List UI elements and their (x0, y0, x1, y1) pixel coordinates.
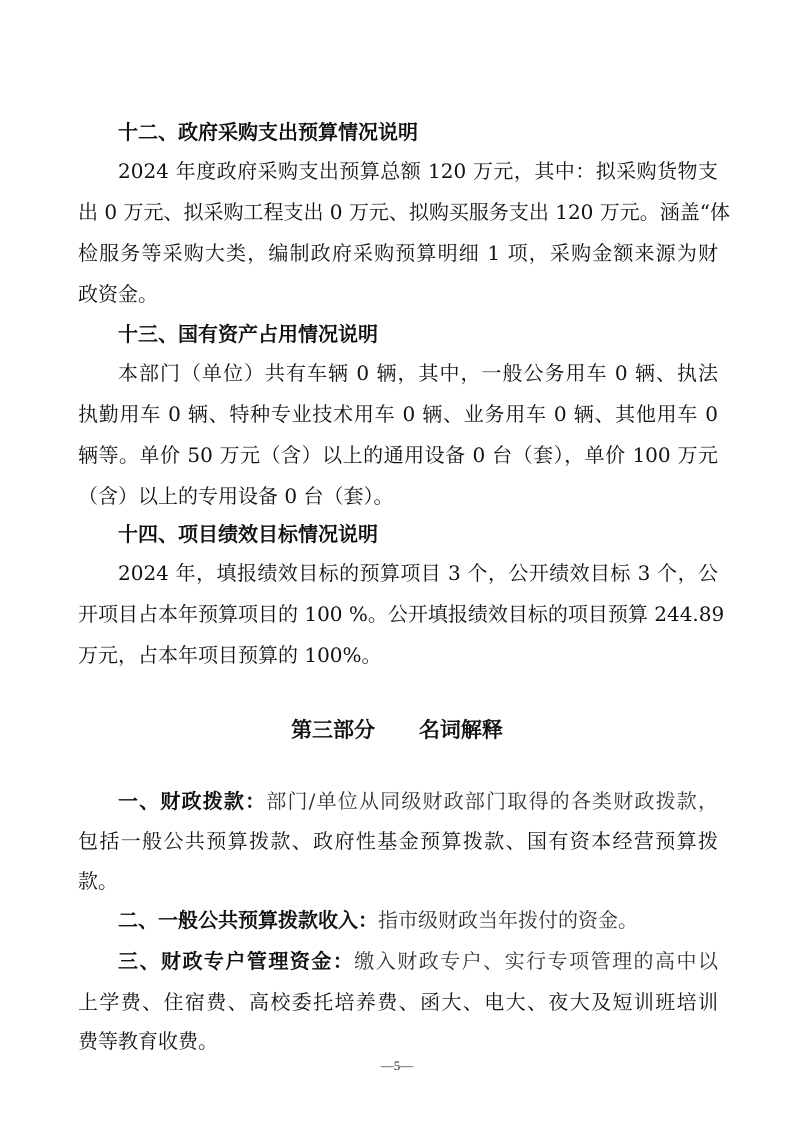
section-13-line-2: 执勤用车 0 辆、特种专业技术用车 0 辆、业务用车 0 辆、其他用车 0 (78, 402, 718, 426)
section-14-line-1: 2024 年，填报绩效目标的预算项目 3 个，公开绩效目标 3 个，公 (118, 561, 718, 585)
term-2-label: 二、一般公共预算拨款收入： (118, 908, 378, 932)
term-1-line-3: 款。 (78, 869, 718, 893)
term-3-label: 三、财政专户管理资金： (118, 949, 354, 973)
part-3-title: 第三部分 名词解释 (0, 717, 794, 743)
section-12-line-4: 政资金。 (78, 282, 718, 306)
term-3-line-3: 费等教育收费。 (78, 1029, 718, 1053)
section-12-line-1: 2024 年度政府采购支出预算总额 120 万元，其中：拟采购货物支 (118, 159, 718, 183)
section-12-line-3: 检服务等采购大类，编制政府采购预算明细 1 项，采购金额来源为财 (78, 241, 718, 265)
term-3-line-2: 上学费、住宿费、高校委托培养费、函大、电大、夜大及短训班培训 (78, 990, 718, 1014)
section-12-heading: 十二、政府采购支出预算情况说明 (118, 120, 418, 144)
document-page: 十二、政府采购支出预算情况说明 2024 年度政府采购支出预算总额 120 万元… (0, 0, 794, 1123)
section-13-line-3: 辆等。单价 50 万元（含）以上的通用设备 0 台（套），单价 100 万元 (78, 443, 718, 467)
section-14-line-3: 万元，占本年项目预算的 100%。 (78, 643, 718, 667)
term-2-line: 二、一般公共预算拨款收入：指市级财政当年拨付的资金。 (118, 908, 718, 932)
term-3-definition-start: 缴入财政专户、实行专项管理的高中以 (354, 949, 718, 973)
term-1-first-line: 一、财政拨款：部门/单位从同级财政部门取得的各类财政拨款， (118, 789, 718, 813)
section-12-line-2: 出 0 万元、拟采购工程支出 0 万元、拟购买服务支出 120 万元。涵盖“体 (78, 200, 718, 224)
term-3-first-line: 三、财政专户管理资金：缴入财政专户、实行专项管理的高中以 (118, 949, 718, 973)
term-2-definition: 指市级财政当年拨付的资金。 (378, 908, 638, 932)
term-1-definition-start: 部门/单位从同级财政部门取得的各类财政拨款， (266, 789, 718, 813)
page-number: —5— (0, 1058, 794, 1074)
section-14-heading: 十四、项目绩效目标情况说明 (118, 522, 378, 546)
section-13-line-1: 本部门（单位）共有车辆 0 辆，其中，一般公务用车 0 辆、执法 (118, 361, 718, 385)
section-14-line-2: 开项目占本年预算项目的 100 %。公开填报绩效目标的项目预算 244.89 (78, 602, 718, 626)
section-13-line-4: （含）以上的专用设备 0 台（套）。 (78, 484, 718, 508)
term-1-line-2: 包括一般公共预算拨款、政府性基金预算拨款、国有资本经营预算拨 (78, 829, 718, 853)
term-1-label: 一、财政拨款： (118, 789, 266, 813)
section-13-heading: 十三、国有资产占用情况说明 (118, 322, 378, 346)
